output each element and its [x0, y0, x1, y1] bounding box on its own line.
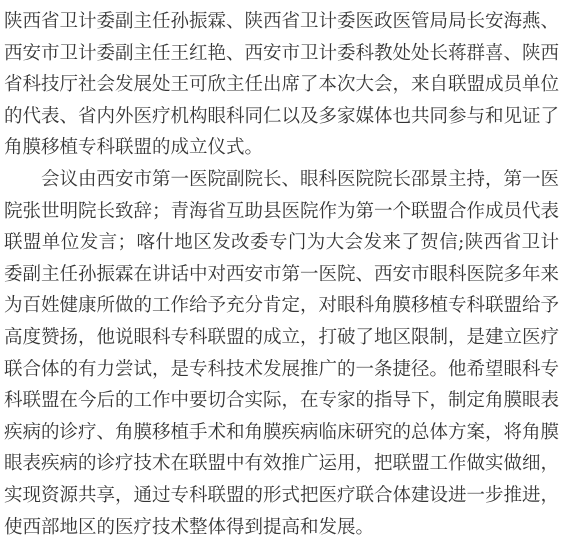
text-line: 西安市卫计委副主任王红艳、西安市卫计委科教处处长蒋群喜、陕西 — [4, 38, 559, 70]
text-line: 的代表、省内外医疗机构眼科同仁以及多家媒体也共同参与和见证了 — [4, 101, 559, 133]
text-line: 眼表疾病的诊疗技术在联盟中有效推广运用，把联盟工作做实做细， — [4, 448, 559, 480]
text-line: 联盟单位发言；喀什地区发改委专门为大会发来了贺信;陕西省卫计 — [4, 227, 559, 259]
text-line: 院张世明院长致辞；青海省互助县医院作为第一个联盟合作成员代表 — [4, 196, 559, 228]
text-line: 会议由西安市第一医院副院长、眼科医院院长邵景主持，第一医 — [4, 164, 559, 196]
text-line: 科联盟在今后的工作中要切合实际，在专家的指导下，制定角膜眼表 — [4, 385, 559, 417]
paragraph: 陕西省卫计委副主任孙振霖、陕西省卫计委医政医管局局长安海燕、西安市卫计委副主任王… — [4, 6, 559, 164]
text-line: 高度赞扬，他说眼科专科联盟的成立，打破了地区限制，是建立医疗 — [4, 322, 559, 354]
document-page: 陕西省卫计委副主任孙振霖、陕西省卫计委医政医管局局长安海燕、西安市卫计委副主任王… — [0, 0, 564, 543]
text-line: 省科技厅社会发展处王可欣主任出席了本次大会，来自联盟成员单位 — [4, 69, 559, 101]
text-line: 陕西省卫计委副主任孙振霖、陕西省卫计委医政医管局局长安海燕、 — [4, 6, 559, 38]
text-line: 角膜移植专科联盟的成立仪式。 — [4, 132, 559, 164]
paragraph: 会议由西安市第一医院副院长、眼科医院院长邵景主持，第一医院张世明院长致辞；青海省… — [4, 164, 559, 543]
text-line: 使西部地区的医疗技术整体得到提高和发展。 — [4, 512, 559, 543]
text-line: 实现资源共享，通过专科联盟的形式把医疗联合体建设进一步推进， — [4, 480, 559, 512]
text-line: 为百姓健康所做的工作给予充分肯定，对眼科角膜移植专科联盟给予 — [4, 290, 559, 322]
text-line: 联合体的有力尝试，是专科技术发展推广的一条捷径。他希望眼科专 — [4, 354, 559, 386]
text-line: 疾病的诊疗、角膜移植手术和角膜疾病临床研究的总体方案，将角膜 — [4, 417, 559, 449]
text-line: 委副主任孙振霖在讲话中对西安市第一医院、西安市眼科医院多年来 — [4, 259, 559, 291]
